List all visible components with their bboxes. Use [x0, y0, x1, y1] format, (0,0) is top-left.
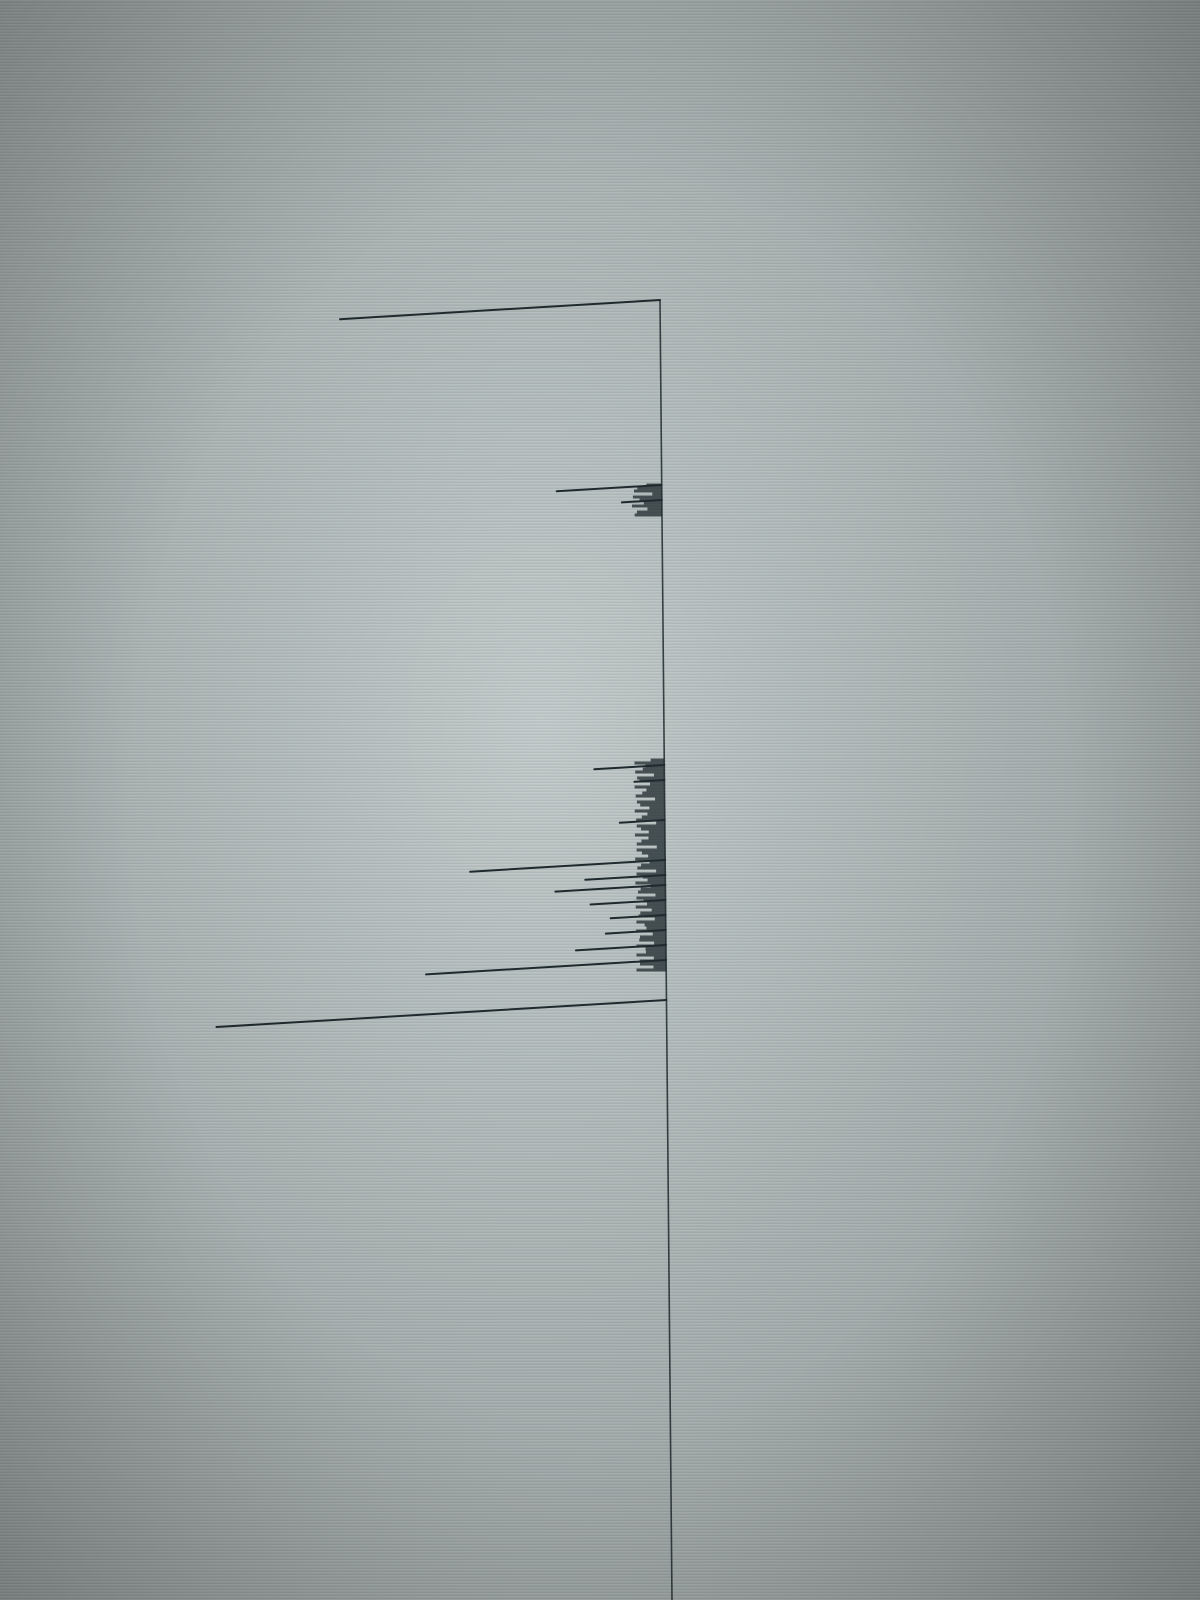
- spike-line: [340, 300, 660, 319]
- spike-series: [216, 300, 666, 1027]
- spike-line: [470, 860, 665, 872]
- spike-line: [426, 960, 666, 974]
- spike-line: [216, 1000, 666, 1027]
- trace-plot: [0, 0, 1200, 1600]
